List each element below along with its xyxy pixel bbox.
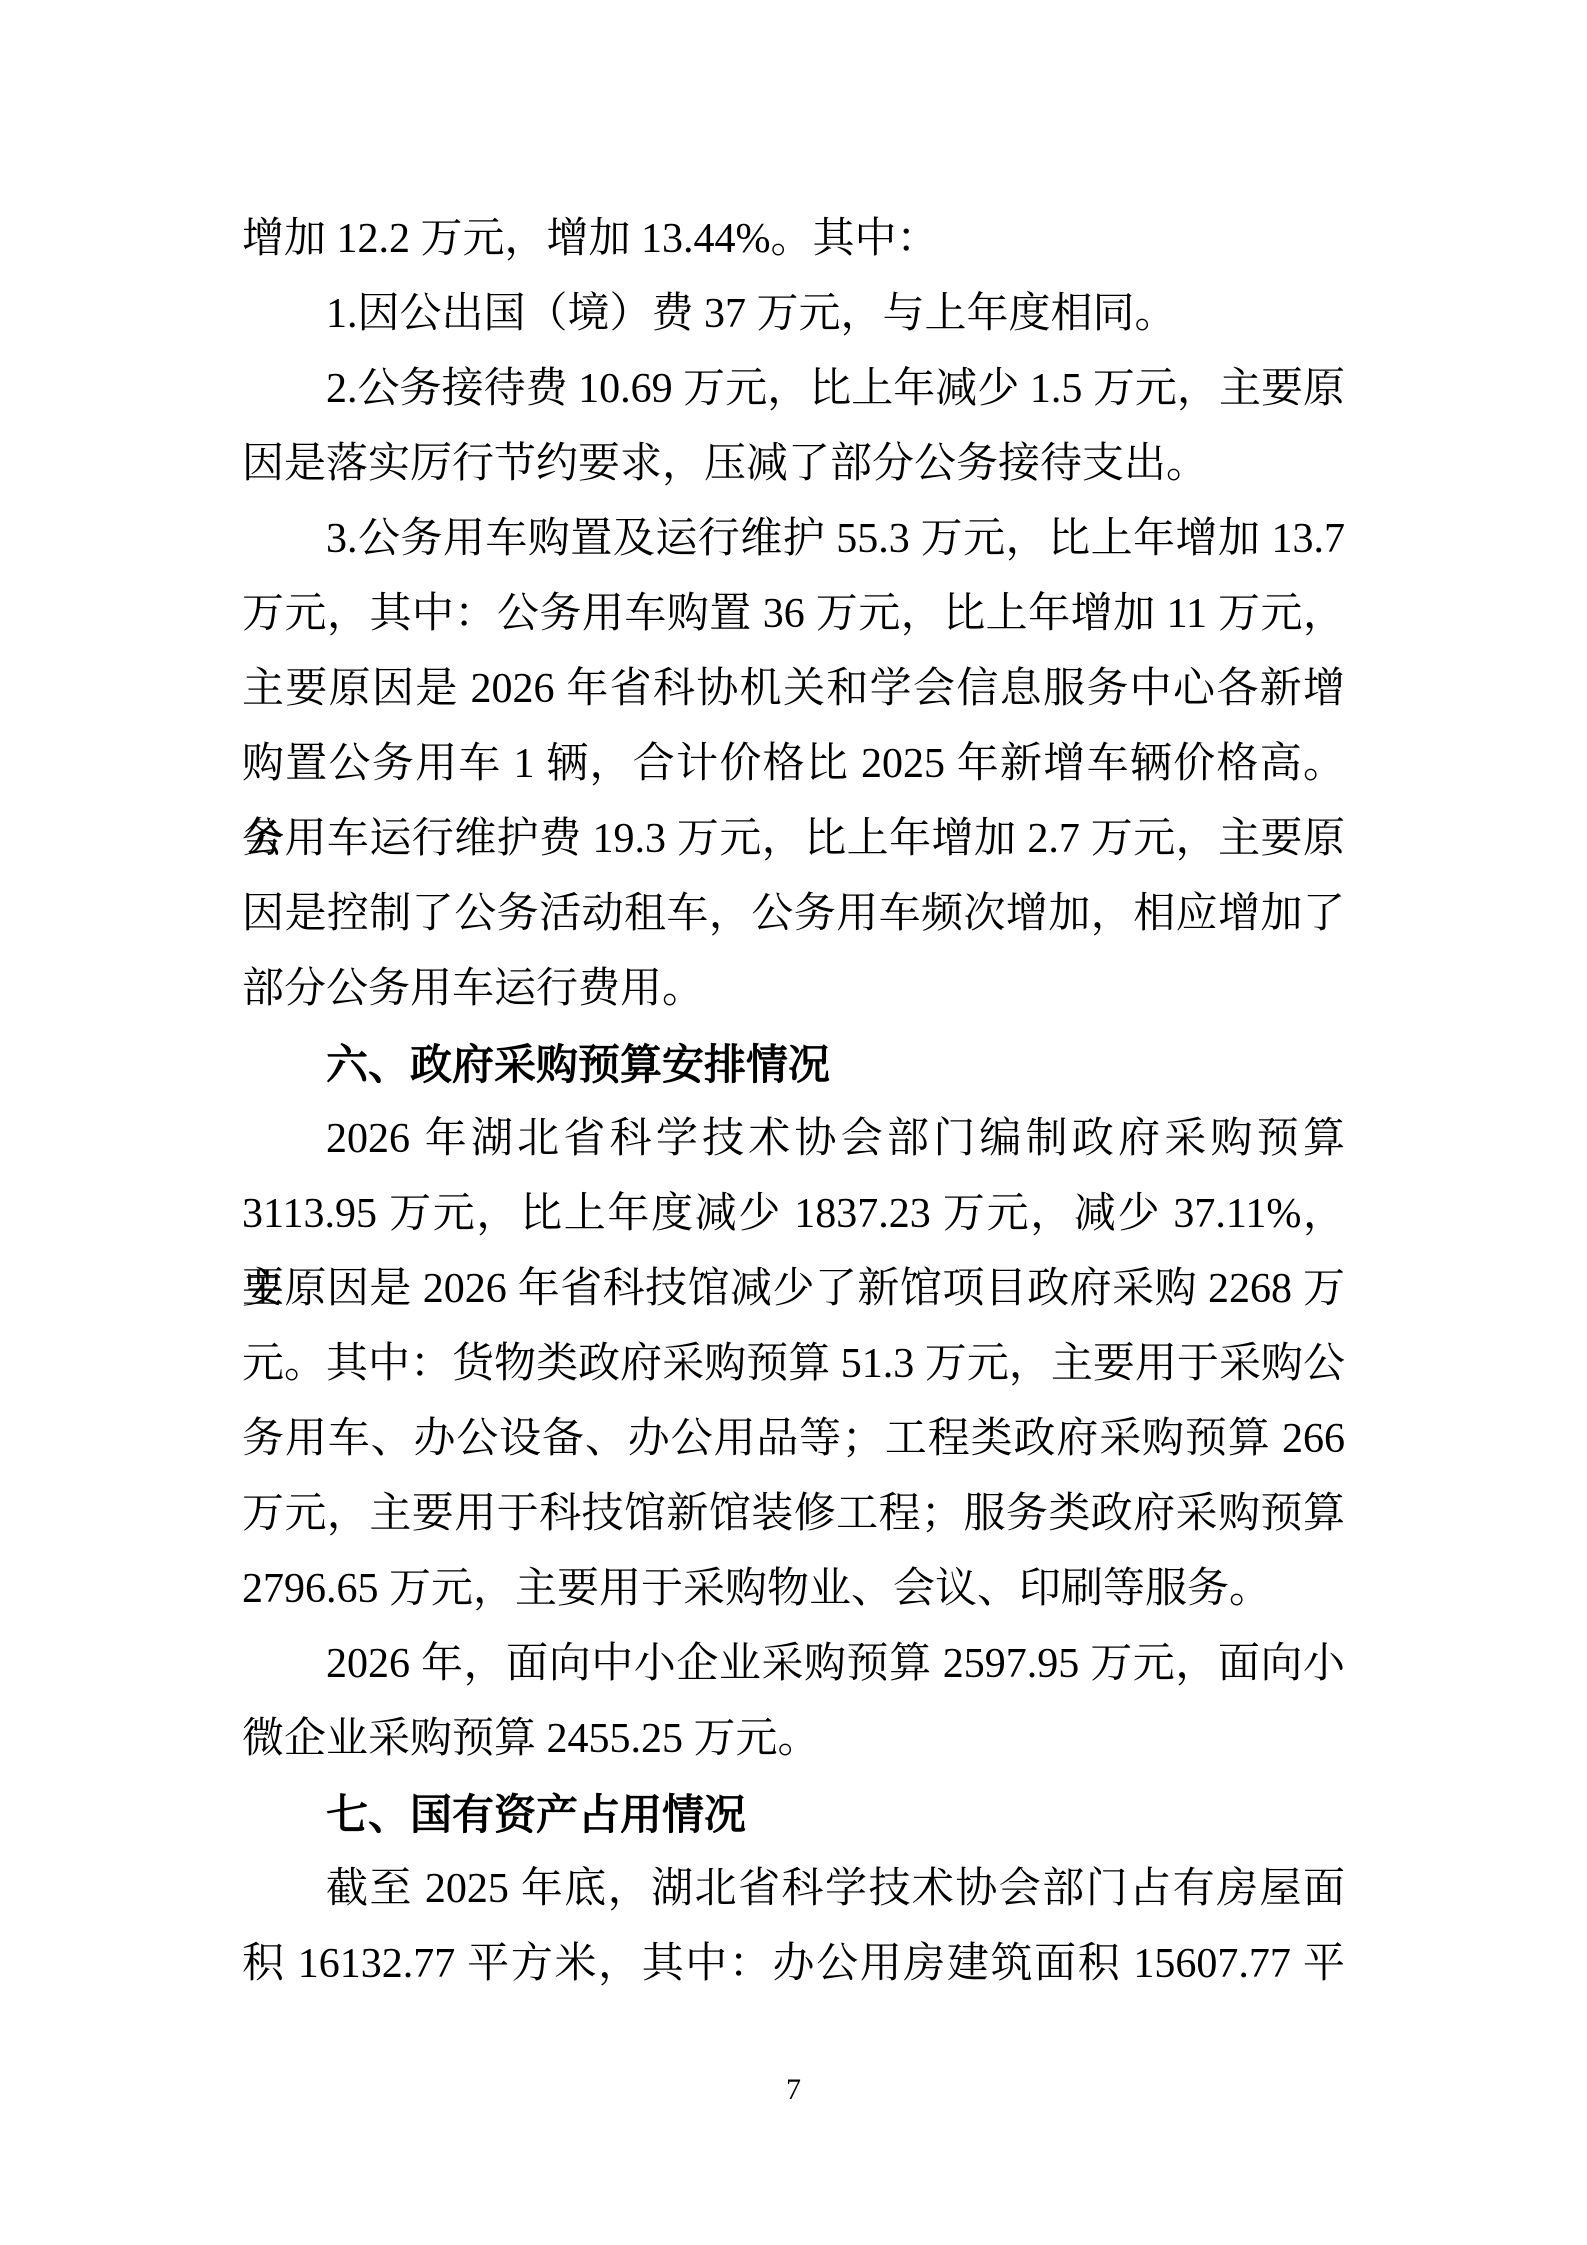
text-line: 因是控制了公务活动租车，公务用车频次增加，相应增加了 xyxy=(242,877,1345,952)
text-line: 因是落实厉行节约要求，压减了部分公务接待支出。 xyxy=(242,427,1345,502)
text-line: 2.公务接待费 10.69 万元，比上年减少 1.5 万元，主要原 xyxy=(242,352,1345,427)
text-line: 务用车运行维护费 19.3 万元，比上年增加 2.7 万元，主要原 xyxy=(242,802,1345,877)
text-line: 万元，主要用于科技馆新馆装修工程；服务类政府采购预算 xyxy=(242,1477,1345,1552)
page-footer: 7 xyxy=(0,2072,1587,2108)
text-line: 万元，其中：公务用车购置 36 万元，比上年增加 11 万元， xyxy=(242,577,1345,652)
page-number: 7 xyxy=(786,2073,801,2106)
text-line: 2796.65 万元，主要用于采购物业、会议、印刷等服务。 xyxy=(242,1552,1345,1627)
document-body: 增加 12.2 万元，增加 13.44%。其中：1.因公出国（境）费 37 万元… xyxy=(242,202,1345,2002)
text-line: 部分公务用车运行费用。 xyxy=(242,952,1345,1027)
text-line: 2026 年，面向中小企业采购预算 2597.95 万元，面向小 xyxy=(242,1627,1345,1702)
text-line: 积 16132.77 平方米，其中：办公用房建筑面积 15607.77 平 xyxy=(242,1927,1345,2002)
text-line: 元。其中：货物类政府采购预算 51.3 万元，主要用于采购公 xyxy=(242,1327,1345,1402)
text-line: 购置公务用车 1 辆，合计价格比 2025 年新增车辆价格高。公 xyxy=(242,727,1345,802)
text-line: 1.因公出国（境）费 37 万元，与上年度相同。 xyxy=(242,277,1345,352)
text-line: 要原因是 2026 年省科技馆减少了新馆项目政府采购 2268 万 xyxy=(242,1252,1345,1327)
text-line: 截至 2025 年底，湖北省科学技术协会部门占有房屋面 xyxy=(242,1852,1345,1927)
text-line: 增加 12.2 万元，增加 13.44%。其中： xyxy=(242,202,1345,277)
text-line: 2026 年湖北省科学技术协会部门编制政府采购预算 xyxy=(242,1102,1345,1177)
text-line: 3.公务用车购置及运行维护 55.3 万元，比上年增加 13.7 xyxy=(242,502,1345,577)
text-line: 务用车、办公设备、办公用品等；工程类政府采购预算 266 xyxy=(242,1402,1345,1477)
text-line: 六、政府采购预算安排情况 xyxy=(242,1027,1345,1102)
text-line: 主要原因是 2026 年省科协机关和学会信息服务中心各新增 xyxy=(242,652,1345,727)
text-line: 七、国有资产占用情况 xyxy=(242,1777,1345,1852)
text-line: 微企业采购预算 2455.25 万元。 xyxy=(242,1702,1345,1777)
document-page: 增加 12.2 万元，增加 13.44%。其中：1.因公出国（境）费 37 万元… xyxy=(0,0,1587,2245)
text-line: 3113.95 万元，比上年度减少 1837.23 万元，减少 37.11%，主 xyxy=(242,1177,1345,1252)
